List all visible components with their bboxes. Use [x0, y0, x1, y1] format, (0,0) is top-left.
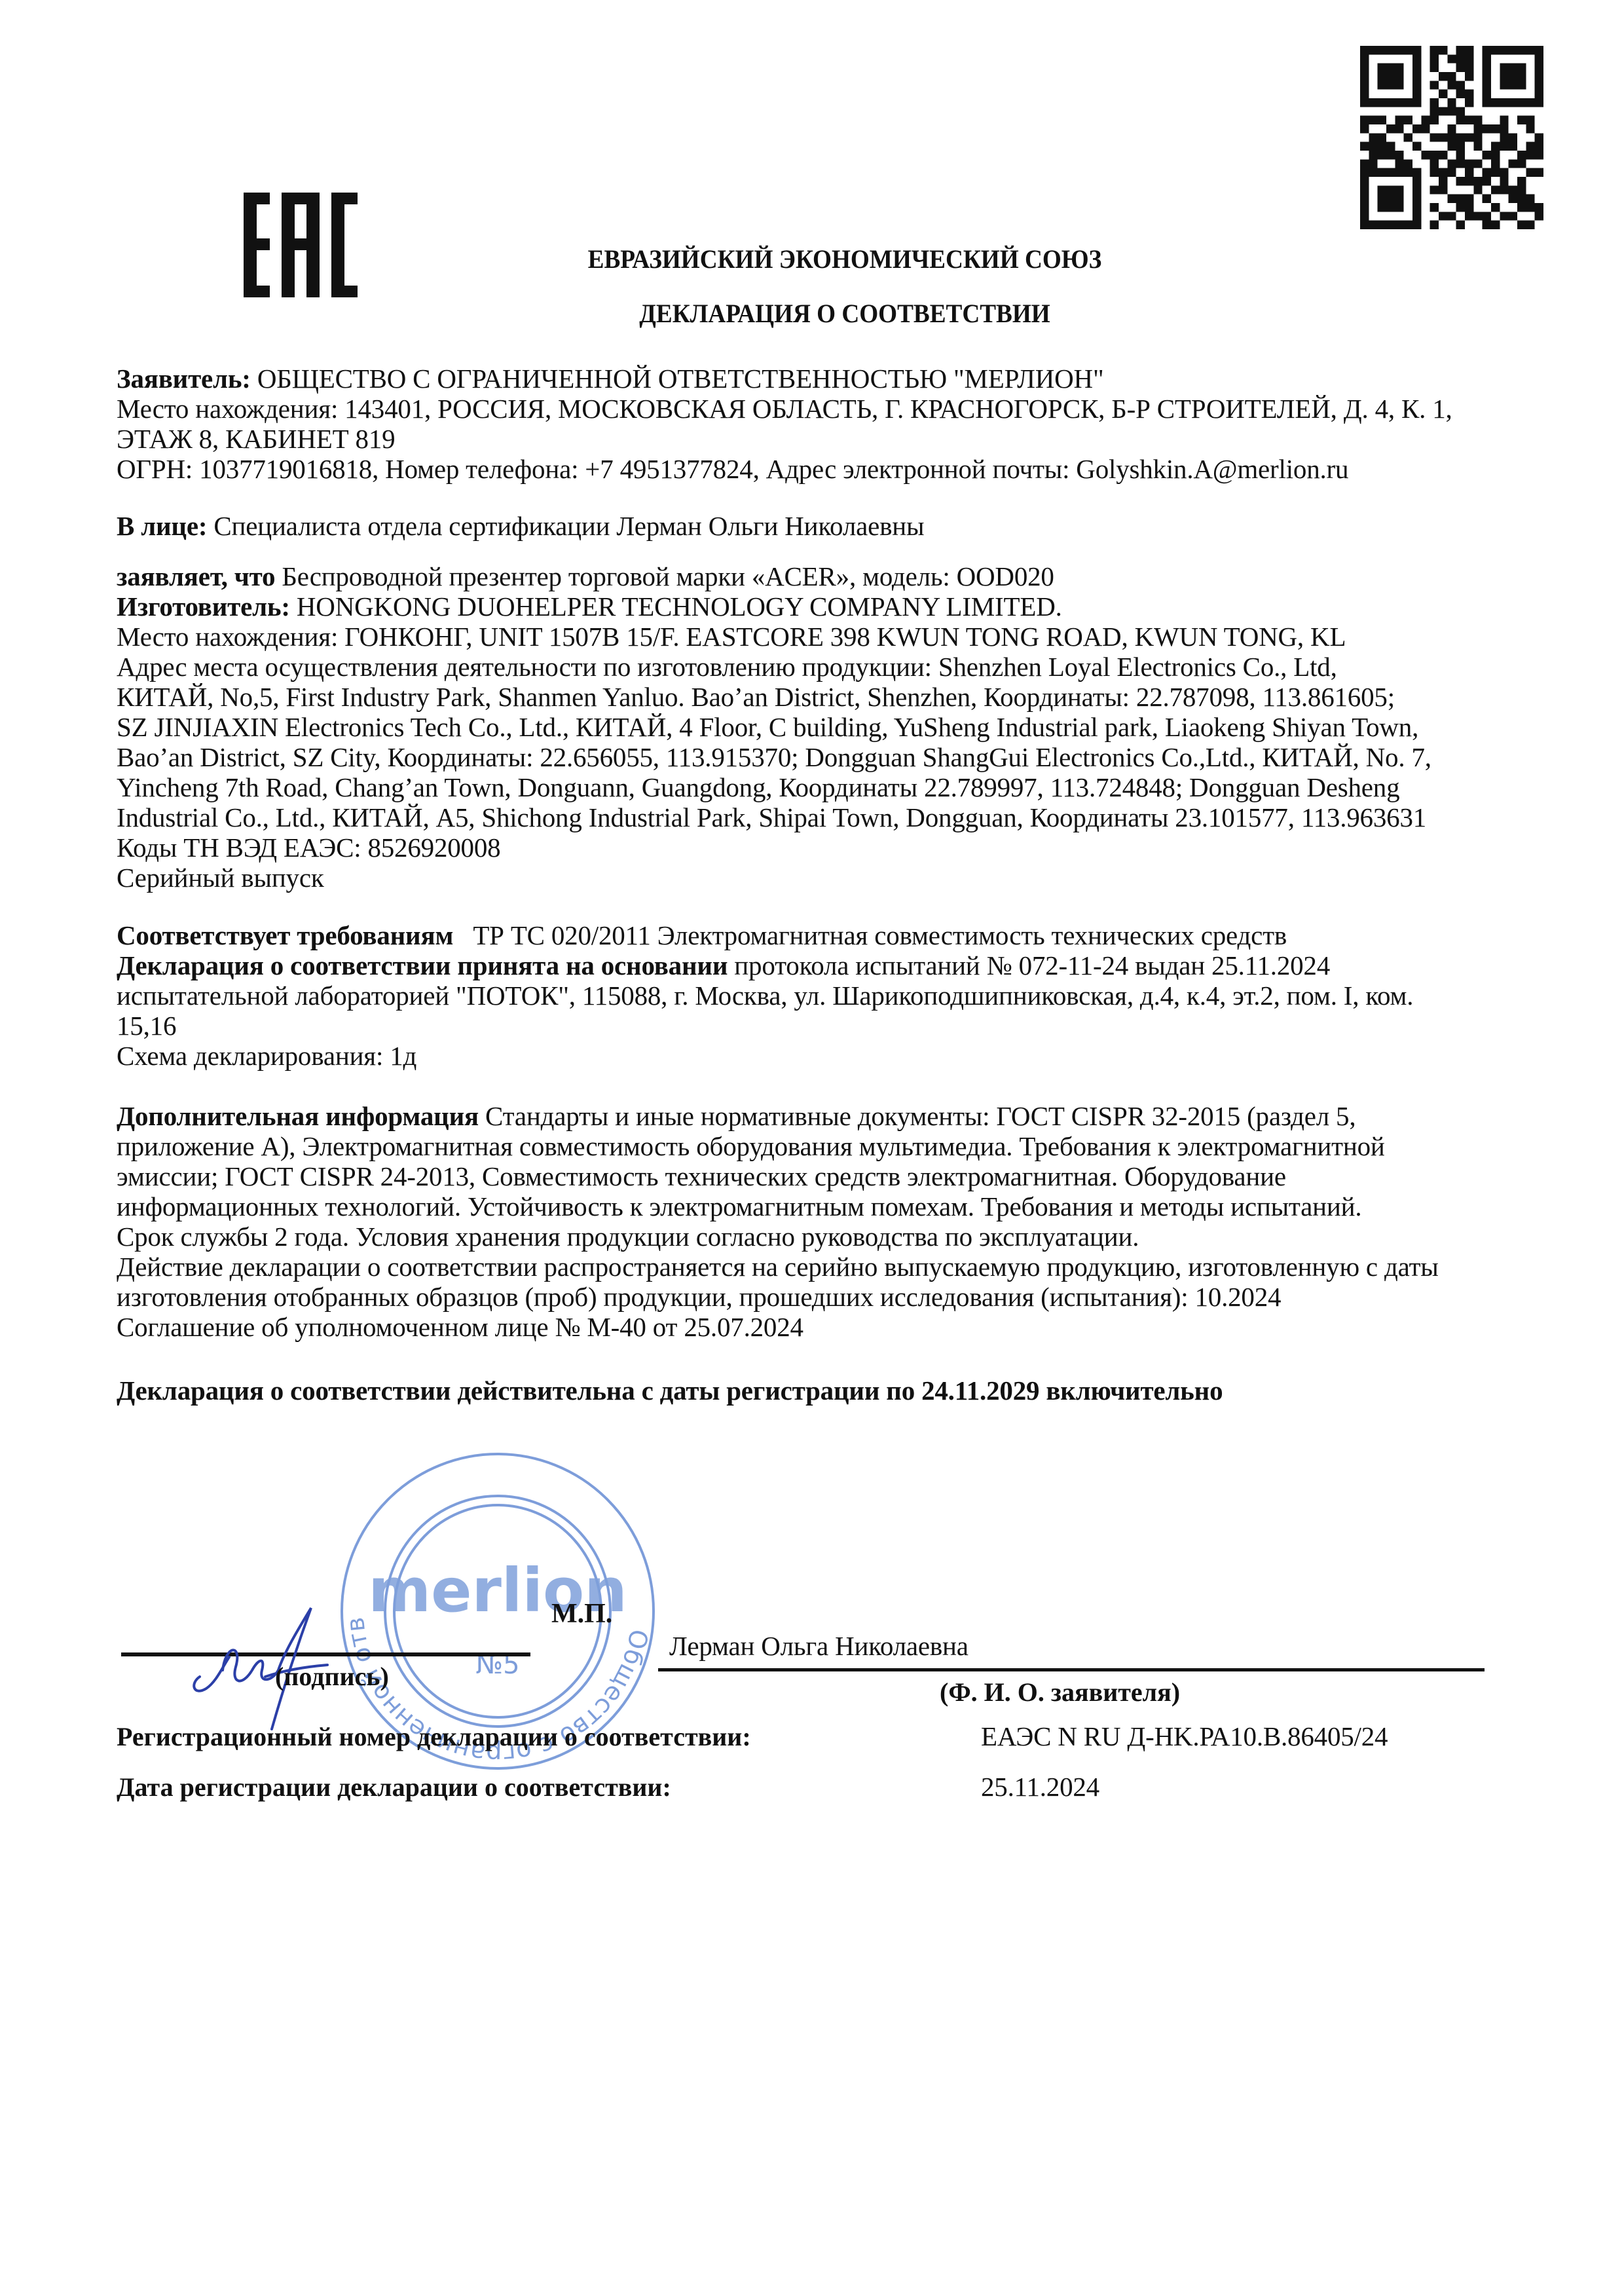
additional-info-label: Дополнительная информация	[117, 1101, 479, 1131]
manufacturer-detail-line: Место нахождения: ГОНКОНГ, UNIT 1507B 15…	[117, 622, 1346, 652]
representative-value: Специалиста отдела сертификации Лерман О…	[207, 511, 924, 541]
product-description: Беспроводной презентер торговой марки «A…	[275, 561, 1054, 591]
name-line	[658, 1668, 1485, 1671]
signature-caption: (подпись)	[275, 1661, 389, 1692]
additional-info-detail-line: приложение А), Электромагнитная совмести…	[117, 1131, 1385, 1161]
basis-detail-line: испытательной лабораторией "ПОТОК", 1150…	[117, 980, 1413, 1011]
applicant-address-2: ЭТАЖ 8, КАБИНЕТ 819	[117, 424, 395, 454]
additional-info-value: Стандарты и иные нормативные документы: …	[479, 1101, 1356, 1131]
manufacturer-detail-line: Yincheng 7th Road, Chang’an Town, Dongua…	[117, 772, 1399, 802]
additional-info-detail-line: эмиссии; ГОСТ CISPR 24-2013, Совместимос…	[117, 1161, 1286, 1191]
name-caption: (Ф. И. О. заявителя)	[940, 1677, 1180, 1707]
service-life-line: Срок службы 2 года. Условия хранения про…	[117, 1222, 1139, 1252]
conformity-label: Соответствует требованиям	[117, 920, 453, 950]
applicant-address-1: Место нахождения: 143401, РОССИЯ, МОСКОВ…	[117, 394, 1452, 424]
authorized-agreement-line: Соглашение об уполномоченном лице № М-40…	[117, 1312, 803, 1342]
document-title: ДЕКЛАРАЦИЯ О СООТВЕТСТВИИ	[59, 298, 1624, 329]
signer-name: Лерман Ольга Николаевна	[669, 1631, 969, 1661]
basis-detail-line: 15,16	[117, 1011, 176, 1041]
scope-line: изготовления отобранных образцов (проб) …	[117, 1282, 1281, 1312]
hs-code-line: Коды ТН ВЭД ЕАЭС: 8526920008	[117, 832, 500, 863]
validity-statement: Декларация о соответствии действительна …	[117, 1375, 1223, 1406]
basis-value: протокола испытаний № 072-11-24 выдан 25…	[728, 950, 1330, 980]
manufacturer-detail-line: КИТАЙ, No,5, First Industry Park, Shanme…	[117, 682, 1395, 712]
basis-line: Декларация о соответствии принята на осн…	[117, 950, 1330, 980]
applicant-contacts: ОГРН: 1037719016818, Номер телефона: +7 …	[117, 454, 1348, 484]
declares-label: заявляет, что	[117, 561, 275, 591]
stamp-place-label: М.П.	[551, 1598, 612, 1630]
applicant-label: Заявитель:	[117, 364, 251, 394]
manufacturer-detail-line: Industrial Co., Ltd., КИТАЙ, A5, Shichon…	[117, 802, 1426, 832]
manufacturer-label: Изготовитель:	[117, 591, 290, 622]
union-title: ЕВРАЗИЙСКИЙ ЭКОНОМИЧЕСКИЙ СОЮЗ	[59, 244, 1624, 274]
applicant-line: Заявитель: ОБЩЕСТВО С ОГРАНИЧЕННОЙ ОТВЕТ…	[117, 364, 1104, 394]
manufacturer-detail-line: Адрес места осуществления деятельности п…	[117, 652, 1337, 682]
declaration-scheme-line: Схема декларирования: 1д	[117, 1041, 416, 1071]
applicant-name: ОБЩЕСТВО С ОГРАНИЧЕННОЙ ОТВЕТСТВЕННОСТЬЮ…	[251, 364, 1104, 394]
manufacturer-line: Изготовитель: HONGKONG DUOHELPER TECHNOL…	[117, 591, 1062, 622]
conformity-line: Соответствует требованиям ТР ТС 020/2011…	[117, 920, 1287, 950]
manufacturer-detail-line: SZ JINJIAXIN Electronics Tech Co., Ltd.,…	[117, 712, 1418, 742]
production-type-line: Серийный выпуск	[117, 863, 324, 893]
registration-number-label: Регистрационный номер декларации о соотв…	[117, 1721, 751, 1752]
manufacturer-detail-line: Bao’an District, SZ City, Координаты: 22…	[117, 742, 1431, 772]
declares-line: заявляет, что Беспроводной презентер тор…	[117, 561, 1054, 591]
additional-info-line: Дополнительная информация Стандарты и ин…	[117, 1101, 1356, 1131]
scope-line: Действие декларации о соответствии распр…	[117, 1252, 1439, 1282]
basis-label: Декларация о соответствии принята на осн…	[117, 950, 728, 980]
conformity-value: ТР ТС 020/2011 Электромагнитная совмести…	[453, 920, 1287, 950]
registration-number-value: ЕАЭС N RU Д-HK.РА10.В.86405/24	[981, 1721, 1388, 1751]
additional-info-detail-line: информационных технологий. Устойчивость …	[117, 1191, 1361, 1222]
registration-date-value: 25.11.2024	[981, 1772, 1099, 1802]
qr-code-icon	[1360, 46, 1543, 229]
manufacturer-name: HONGKONG DUOHELPER TECHNOLOGY COMPANY LI…	[290, 591, 1062, 622]
representative-line: В лице: Специалиста отдела сертификации …	[117, 511, 924, 541]
registration-date-label: Дата регистрации декларации о соответств…	[117, 1772, 671, 1802]
representative-label: В лице:	[117, 511, 207, 541]
